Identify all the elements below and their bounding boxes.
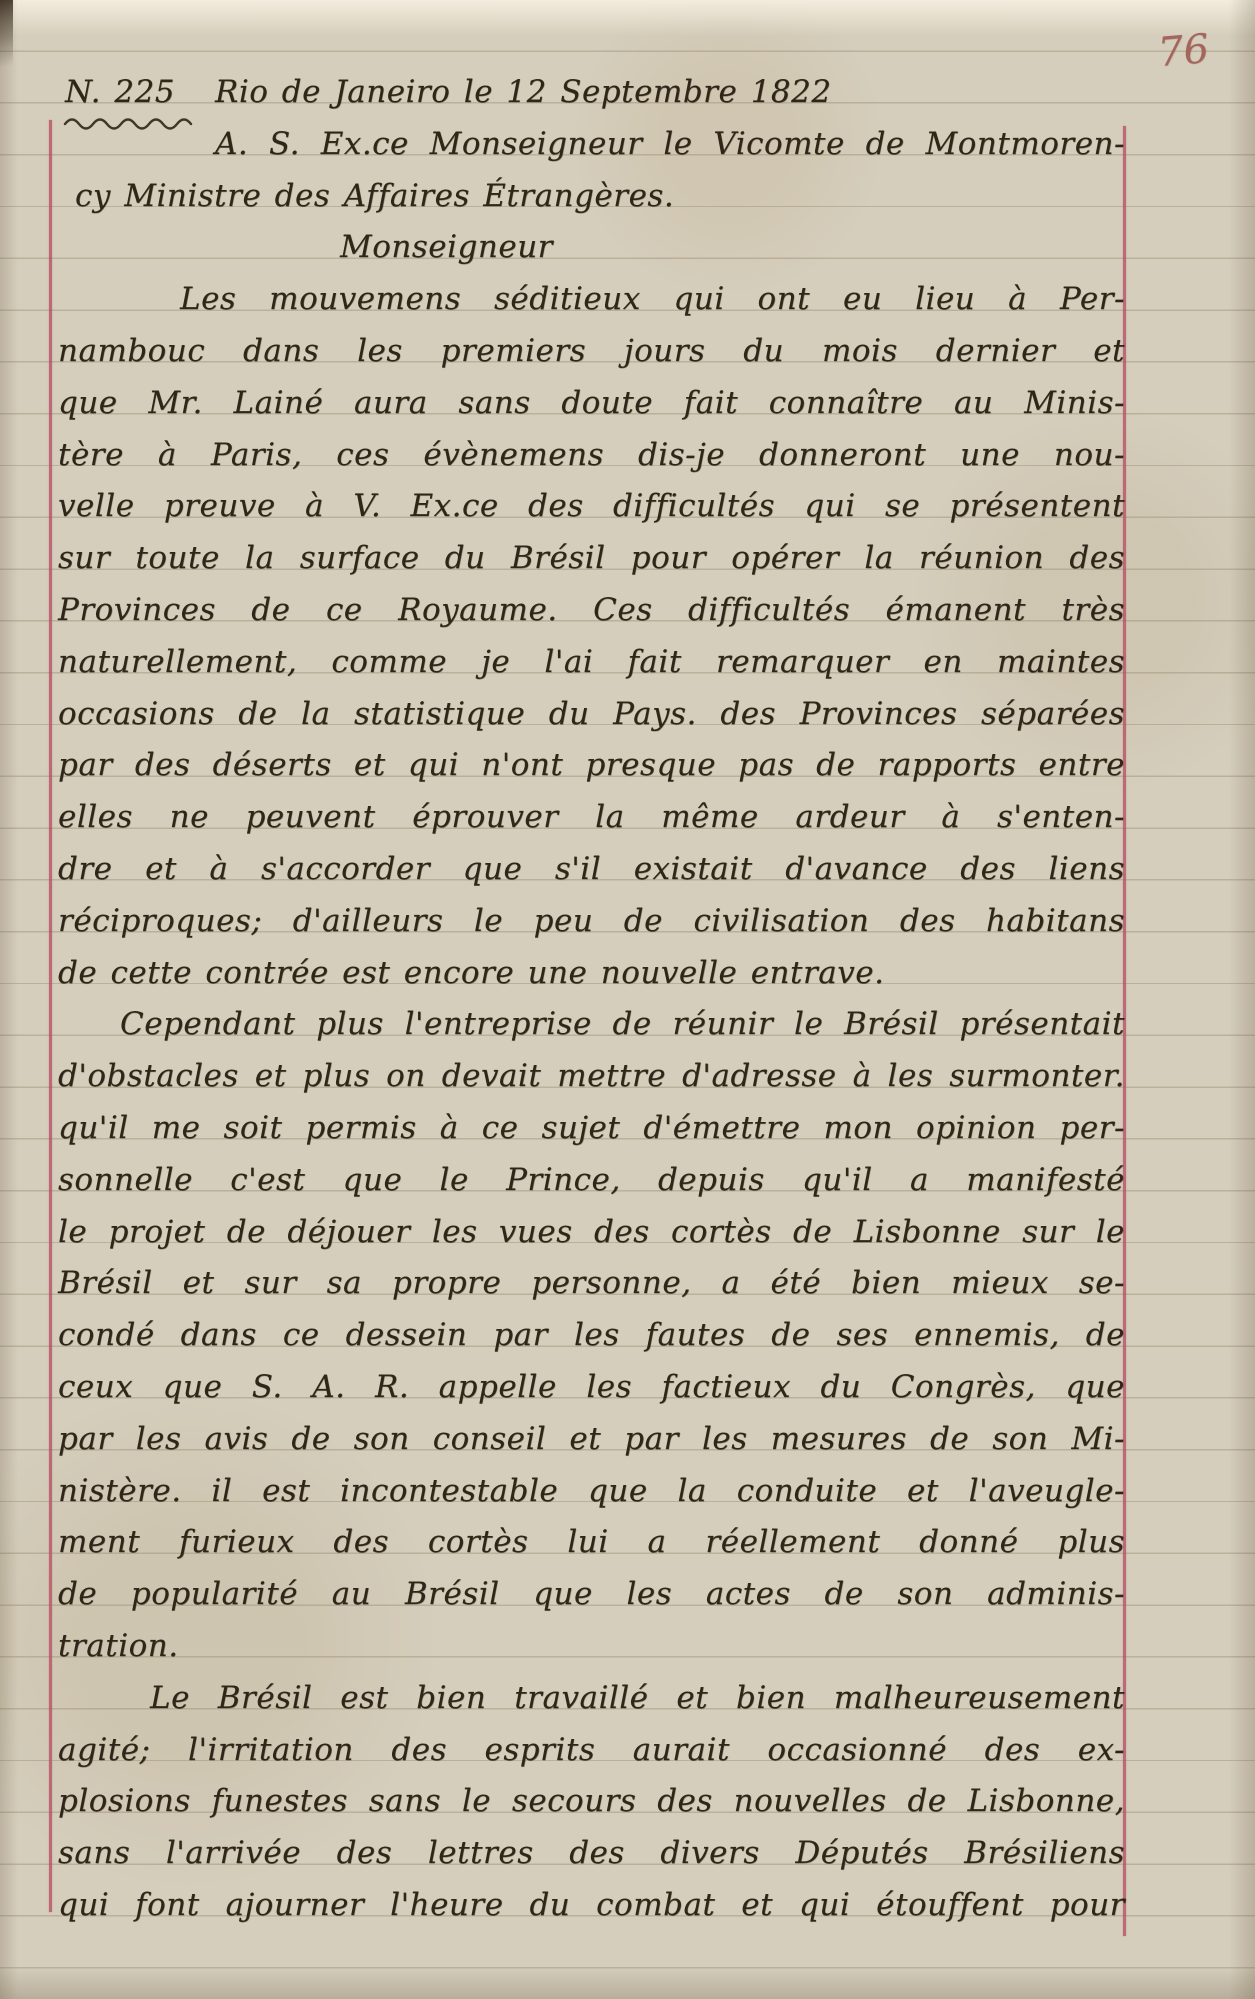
manuscript-line: A. S. Ex.ce Monseigneur le Vicomte de Mo… [215,120,1125,168]
manuscript-line: Provinces de ce Royaume. Ces difficultés… [58,586,1125,634]
manuscript-line: ment furieux des cortès lui a réellement… [58,1518,1125,1566]
manuscript-line: le projet de déjouer les vues des cortès… [58,1208,1125,1256]
manuscript-line: condé dans ce dessein par les fautes de … [58,1311,1125,1359]
manuscript-line: N. 225 [65,68,175,116]
manuscript-line: sans l'arrivée des lettres des divers Dé… [58,1829,1125,1877]
manuscript-line: par les avis de son conseil et par les m… [58,1415,1125,1463]
manuscript-line: velle preuve à V. Ex.ce des difficultés … [58,482,1125,530]
manuscript-line: ceux que S. A. R. appelle les factieux d… [58,1363,1125,1411]
manuscript-line: cy Ministre des Affaires Étrangères. [75,172,674,220]
manuscript-line: dre et à s'accorder que s'il existait d'… [58,845,1125,893]
manuscript-text: N. 225Rio de Janeiro le 12 Septembre 182… [0,0,1255,1999]
manuscript-line: Rio de Janeiro le 12 Septembre 1822 [215,68,832,116]
manuscript-line: nistère. il est incontestable que la con… [58,1467,1125,1515]
manuscript-line: par des déserts et qui n'ont presque pas… [58,741,1125,789]
manuscript-line: sur toute la surface du Brésil pour opér… [58,534,1125,582]
manuscript-line: que Mr. Lainé aura sans doute fait conna… [58,379,1125,427]
manuscript-line: Monseigneur [340,223,553,271]
manuscript-line: tère à Paris, ces évènemens dis-je donne… [58,431,1125,479]
manuscript-line: plosions funestes sans le secours des no… [58,1777,1125,1825]
manuscript-line: Cependant plus l'entreprise de réunir le… [120,1000,1125,1048]
manuscript-line: de popularité au Brésil que les actes de… [58,1570,1125,1618]
manuscript-page: 76 N. 225Rio de Janeiro le 12 Septembre … [0,0,1255,1999]
manuscript-line: de cette contrée est encore une nouvelle… [58,949,885,997]
manuscript-line: d'obstacles et plus on devait mettre d'a… [58,1052,1125,1100]
manuscript-line: occasions de la statistique du Pays. des… [58,690,1125,738]
manuscript-line: tration. [58,1622,179,1670]
manuscript-line: elles ne peuvent éprouver la même ardeur… [58,793,1125,841]
manuscript-line: réciproques; d'ailleurs le peu de civili… [58,897,1125,945]
manuscript-line: naturellement, comme je l'ai fait remarq… [58,638,1125,686]
manuscript-line: agité; l'irritation des esprits aurait o… [58,1726,1125,1774]
manuscript-line: Brésil et sur sa propre personne, a été … [58,1259,1125,1307]
manuscript-line: sonnelle c'est que le Prince, depuis qu'… [58,1156,1125,1204]
manuscript-line: Les mouvemens séditieux qui ont eu lieu … [180,275,1125,323]
manuscript-line: nambouc dans les premiers jours du mois … [58,327,1125,375]
manuscript-line: qui font ajourner l'heure du combat et q… [58,1881,1125,1929]
manuscript-line: qu'il me soit permis à ce sujet d'émettr… [58,1104,1125,1152]
manuscript-line: Le Brésil est bien travaillé et bien mal… [150,1674,1125,1722]
